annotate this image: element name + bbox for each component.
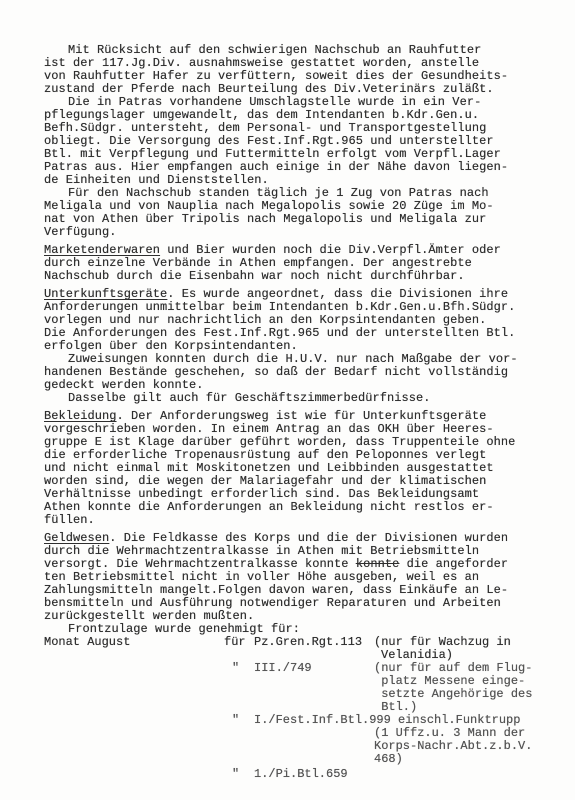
row-unit: 1./Pi.Btl.659 xyxy=(254,768,348,781)
text-fragment: und Bier wurden noch die Div.Verpfl.Ämte… xyxy=(160,243,501,257)
row-note-line: 468) xyxy=(374,753,403,766)
typewritten-page: Mit Rücksicht auf den schwierigen Nachsc… xyxy=(0,0,575,800)
month-label: Monat August xyxy=(44,636,130,649)
text-fragment: . Der Anforderungsweg ist wie für Unterk… xyxy=(117,409,487,423)
text-line: Nachschub durch die Eisenbahn war noch n… xyxy=(44,270,465,283)
text-fragment: die angeforder xyxy=(399,557,508,571)
row-prefix: für xyxy=(224,636,246,649)
struck-out-word: konnte xyxy=(356,557,400,571)
text-fragment: . Es wurde angeordnet, dass die Division… xyxy=(167,287,508,301)
text-fragment: . Die Feldkasse des Korps und die der Di… xyxy=(109,531,508,545)
text-fragment: versorgt. Die Wehrmachtzentralkasse konn… xyxy=(44,557,356,571)
row-unit: Pz.Gren.Rgt.113 xyxy=(254,636,362,649)
text-line: füllen. xyxy=(44,514,95,527)
ditto-mark: " xyxy=(232,662,239,675)
ditto-mark: " xyxy=(232,768,239,781)
text-line: Dasselbe gilt auch für Geschäftszimmerbe… xyxy=(68,392,431,405)
row-unit: III./749 xyxy=(254,662,312,675)
section-heading: Geldwesen xyxy=(44,531,109,545)
text-line: Athen konnte die Anforderungen an Beklei… xyxy=(44,501,494,514)
ditto-mark: " xyxy=(232,714,239,727)
section-heading: Bekleidung xyxy=(44,409,117,423)
section-heading: Unterkunftsgeräte xyxy=(44,287,167,301)
section-heading: Marketenderwaren xyxy=(44,243,160,257)
text-line: Verfügung. xyxy=(44,226,117,239)
